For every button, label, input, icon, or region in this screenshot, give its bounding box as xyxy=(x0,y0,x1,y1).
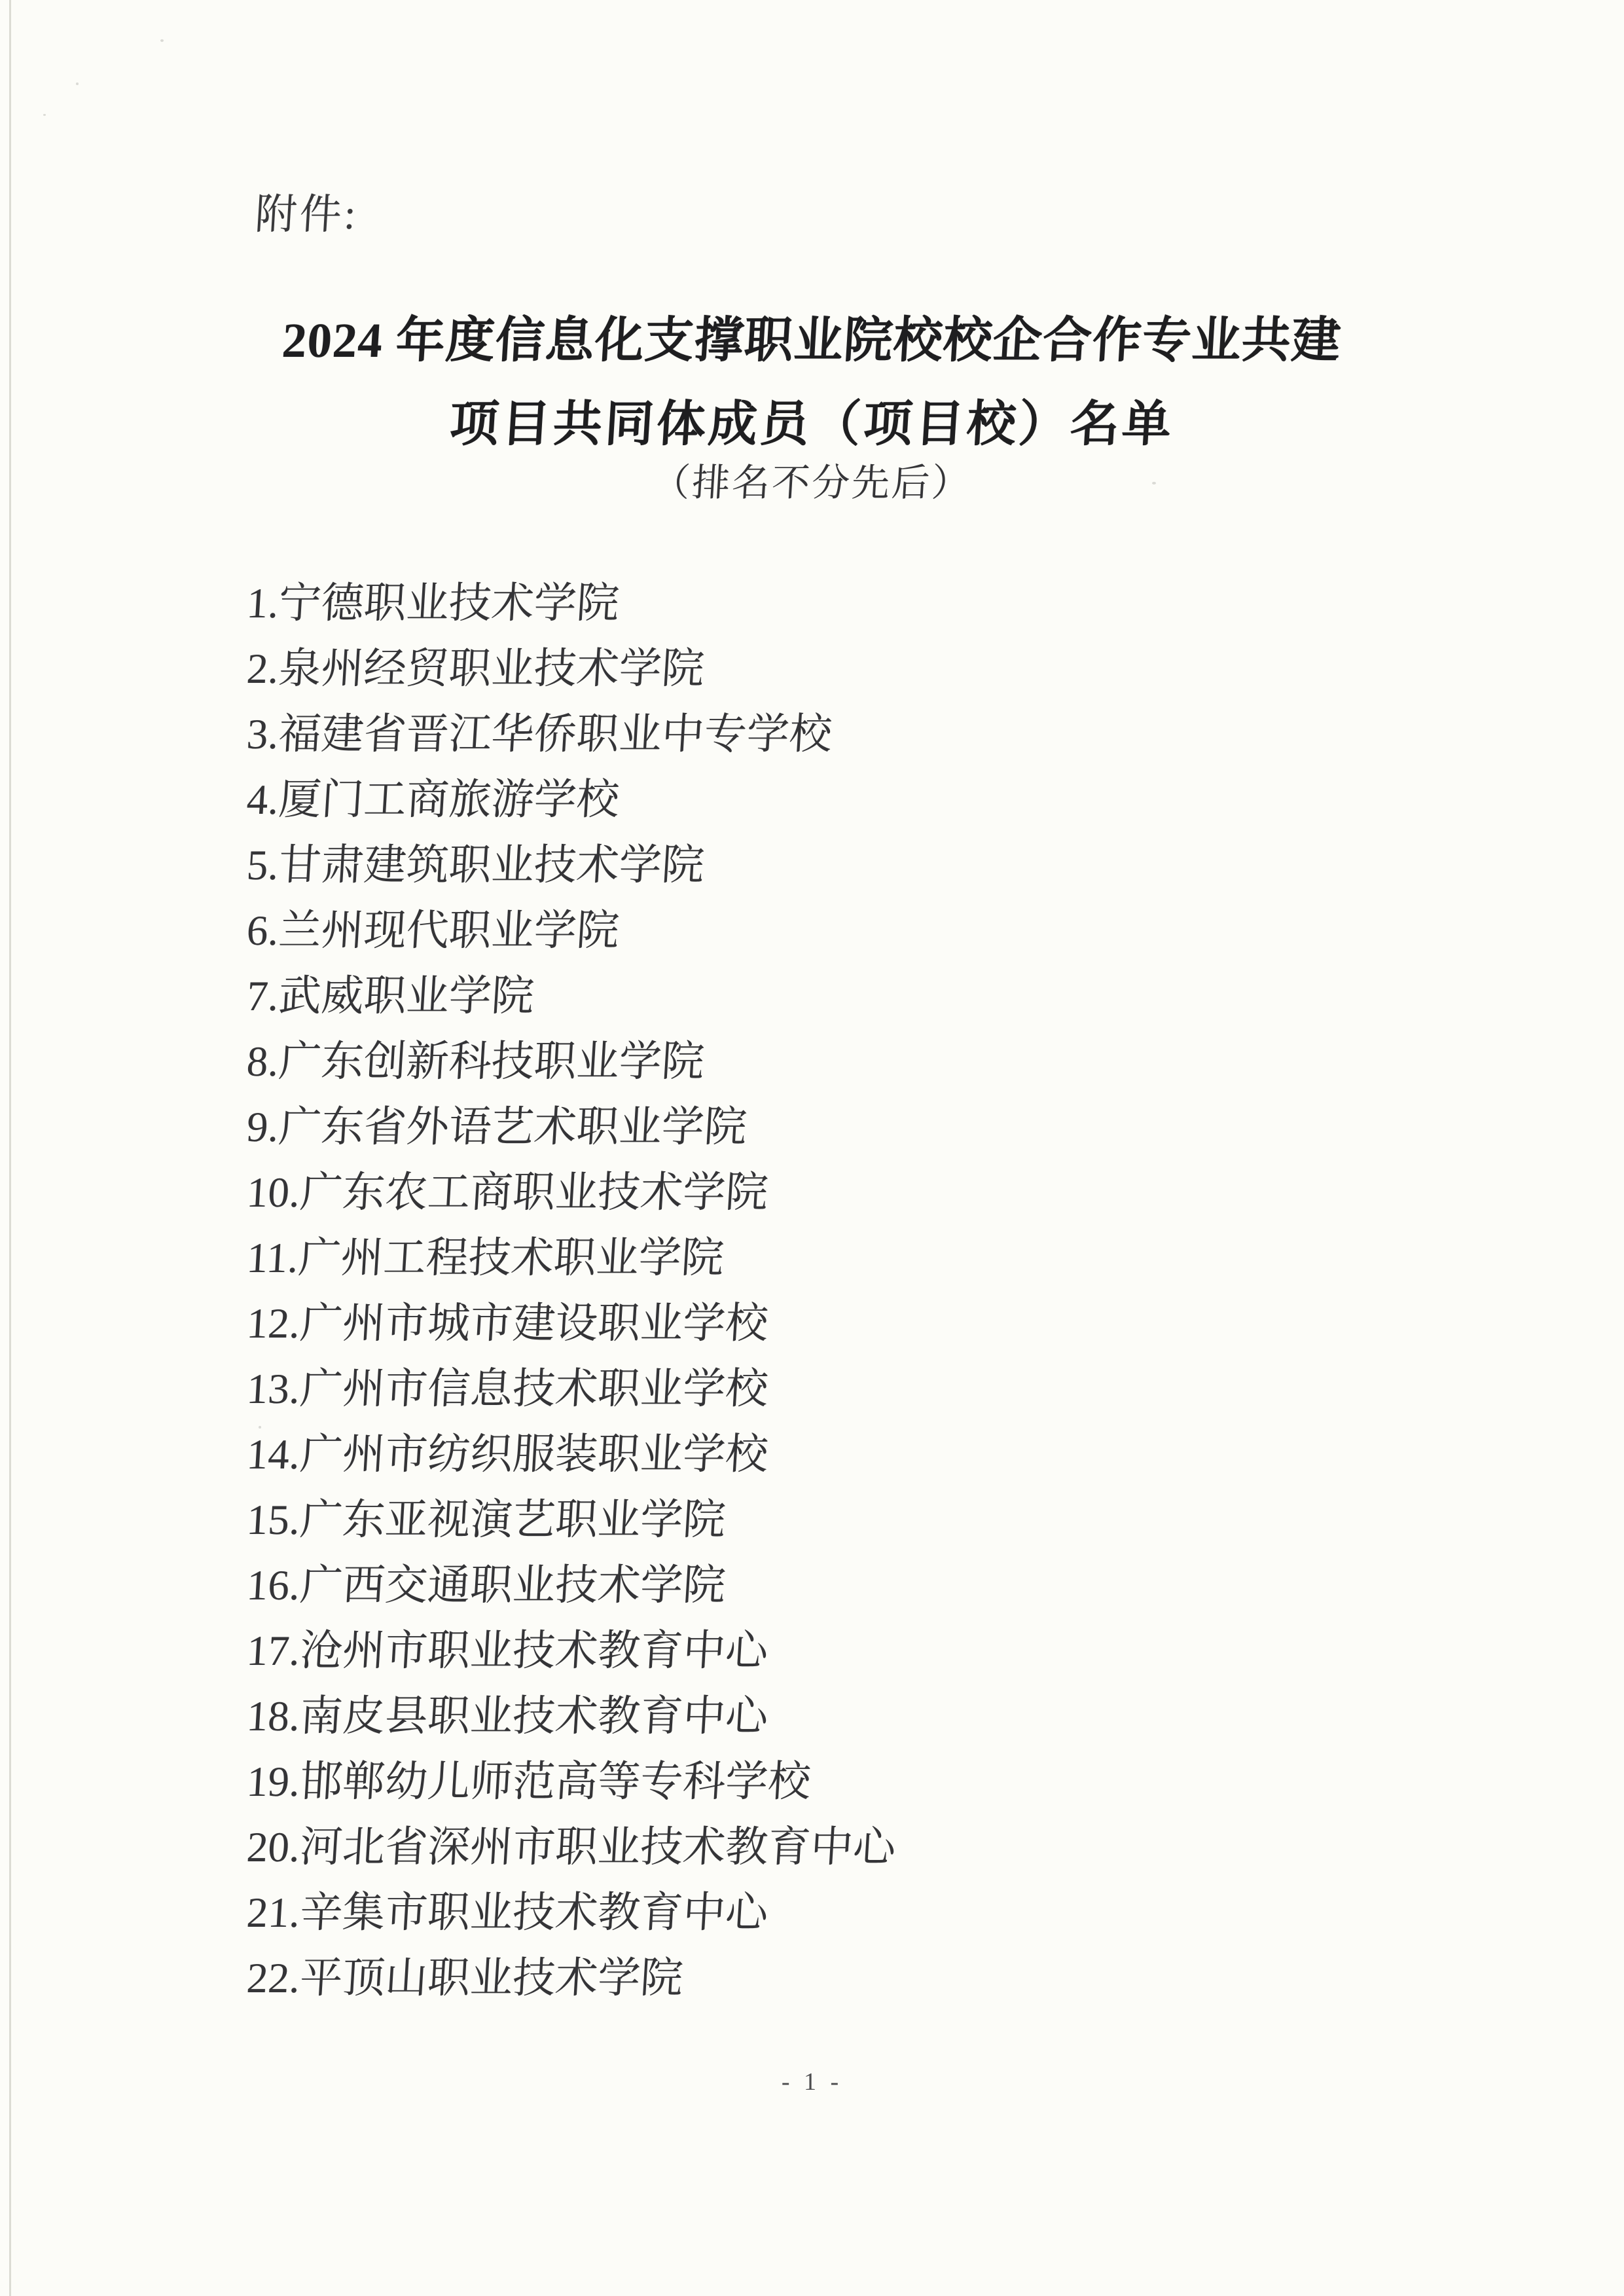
list-item: 14.广州市纺织服装职业学校 xyxy=(245,1422,897,1487)
list-item: 19.邯郸幼儿师范高等专科学校 xyxy=(245,1749,897,1815)
scan-speck xyxy=(43,114,46,116)
list-item: 18.南皮县职业技术教育中心 xyxy=(245,1684,897,1749)
scan-speck xyxy=(76,82,79,85)
list-item: 21.辛集市职业技术教育中心 xyxy=(245,1880,897,1946)
school-list: 1.宁德职业技术学院 2.泉州经贸职业技术学院 3.福建省晋江华侨职业中专学校 … xyxy=(247,571,895,2011)
document-page: 附件: 2024 年度信息化支撑职业院校校企合作专业共建 项目共同体成员（项目校… xyxy=(0,0,1624,2296)
list-item: 9.广东省外语艺术职业学院 xyxy=(245,1095,897,1160)
page-title-line2: 项目共同体成员（项目校）名单 xyxy=(0,385,1624,455)
list-item: 2.泉州经贸职业技术学院 xyxy=(245,636,897,702)
scan-speck xyxy=(160,39,164,42)
list-item: 3.福建省晋江华侨职业中专学校 xyxy=(245,702,897,767)
page-subtitle: （排名不分先后） xyxy=(0,452,1624,507)
list-item: 16.广西交通职业技术学院 xyxy=(245,1553,897,1618)
list-item: 10.广东农工商职业技术学院 xyxy=(245,1160,897,1226)
list-item: 13.广州市信息技术职业学校 xyxy=(245,1357,897,1422)
list-item: 17.沧州市职业技术教育中心 xyxy=(245,1618,897,1684)
list-item: 22.平顶山职业技术学院 xyxy=(245,1946,897,2011)
page-number: - 1 - xyxy=(0,2068,1624,2096)
list-item: 15.广东亚视演艺职业学院 xyxy=(245,1487,897,1553)
list-item: 5.甘肃建筑职业技术学院 xyxy=(245,833,897,898)
list-item: 7.武威职业学院 xyxy=(245,964,897,1029)
list-item: 12.广州市城市建设职业学校 xyxy=(245,1291,897,1357)
list-item: 20.河北省深州市职业技术教育中心 xyxy=(245,1815,897,1880)
attachment-label: 附件: xyxy=(253,181,360,241)
list-item: 11.广州工程技术职业学院 xyxy=(245,1226,897,1291)
list-item: 6.兰州现代职业学院 xyxy=(245,898,897,964)
list-item: 8.广东创新科技职业学院 xyxy=(245,1029,897,1095)
page-title-line1: 2024 年度信息化支撑职业院校校企合作专业共建 xyxy=(0,301,1624,371)
list-item: 1.宁德职业技术学院 xyxy=(245,571,897,636)
list-item: 4.厦门工商旅游学校 xyxy=(245,767,897,833)
